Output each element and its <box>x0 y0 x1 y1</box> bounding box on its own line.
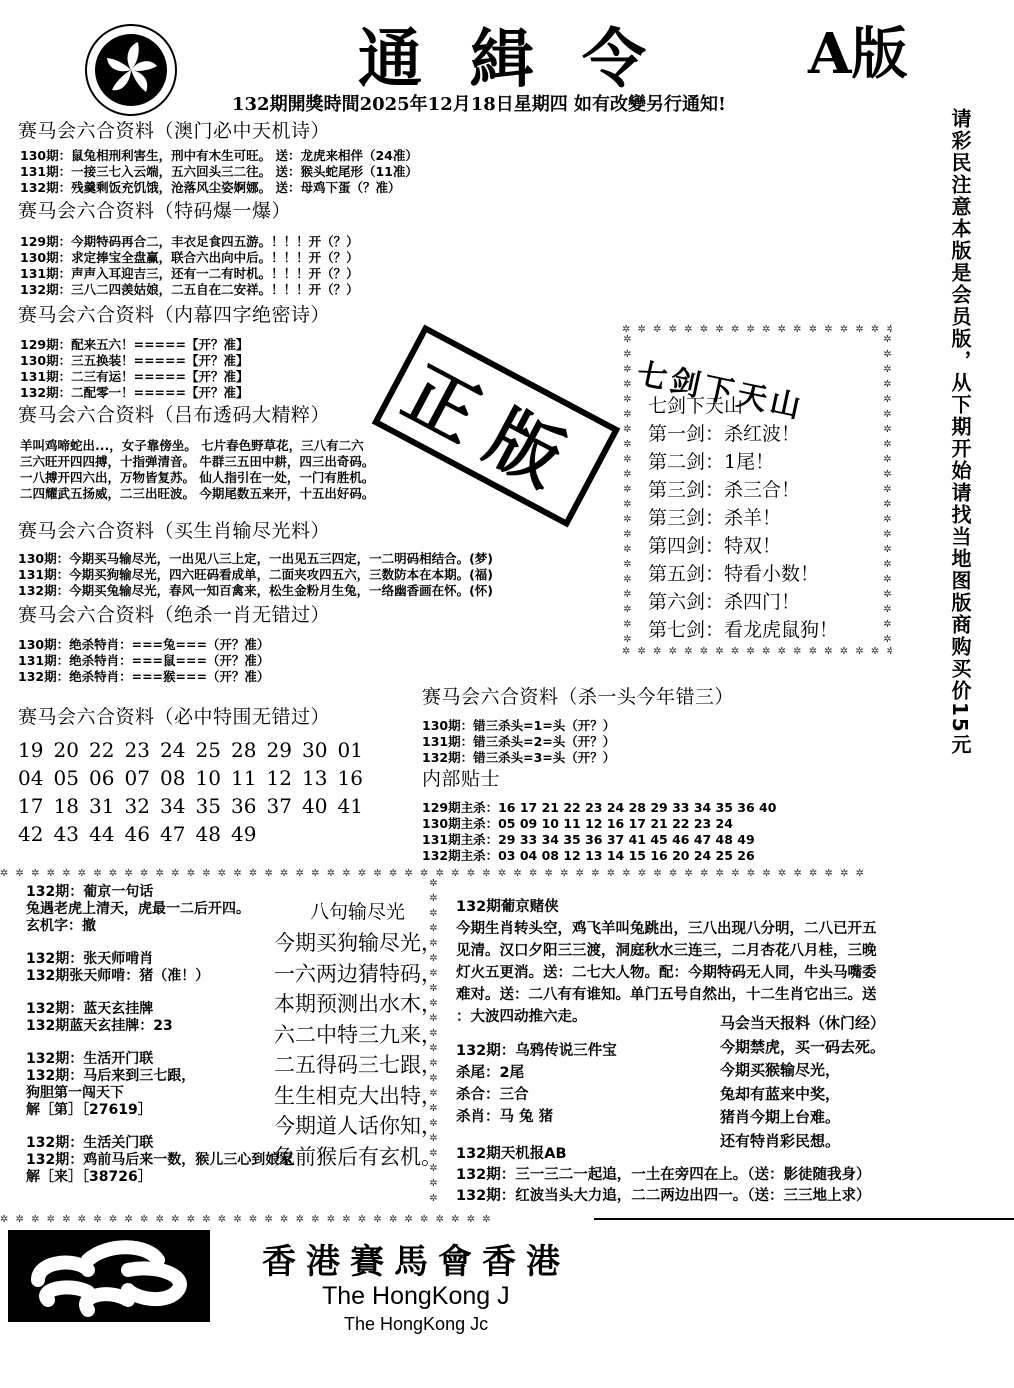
list-item: 第三剑：杀羊！ <box>648 504 838 532</box>
number: 29 <box>267 736 303 764</box>
list-item: 第四剑：特双！ <box>648 532 838 560</box>
number: 20 <box>54 736 90 764</box>
list-item: 132期张天师啃：猪（准！） <box>26 968 293 985</box>
kill-head-lines: 130期：错三杀头=1=头（开？） 131期：错三杀头=2=头（开？） 132期… <box>422 718 615 766</box>
kill-one-lines: 130期：绝杀特肖：===兔===（开？准） 131期：绝杀特肖：===鼠===… <box>18 637 269 685</box>
list-item: 杀合：三合 <box>456 1084 617 1106</box>
list-item: 三六旺开四四搏，十指弹清音。 牛群三五田中耕，四三出奇码。 <box>20 454 455 470</box>
list-item: 第三剑：杀三合！ <box>648 476 838 504</box>
list-item: 狗胆第一闯天下 <box>26 1085 293 1102</box>
hkjc-english-name-small: The HongKong Jc <box>344 1314 580 1335</box>
eight-lines-title: 八句输尽光 <box>310 897 405 928</box>
list-item: 130期：绝杀特肖：===兔===（开？准） <box>18 637 269 653</box>
list-item: 生生相克大出特， <box>274 1081 442 1112</box>
list-item: 132期：乌鸦传说三件宝 <box>456 1040 617 1062</box>
list-item: 132期蓝天玄挂牌：23 <box>26 1018 293 1035</box>
number: 01 <box>338 736 374 764</box>
section-title-lubu: 赛马会六合资料（吕布透码大精粹） <box>18 400 330 427</box>
number: 30 <box>302 736 338 764</box>
list-item: 132期：残羹剩饭充饥饿，沧落风尘姿婀娜。 送：母鸡下蛋（？准） <box>20 180 418 196</box>
list-item: 131期：今期买狗输尽光，四六旺码看成单，二面夹攻四五六，三数防本在本期。(福) <box>18 567 493 583</box>
section-title-four-char: 赛马会六合资料（内幕四字绝密诗） <box>18 300 330 327</box>
footer-rule <box>594 1218 1014 1220</box>
list-item: 第五剑：特看小数！ <box>648 560 838 588</box>
star-border-top: ✲ ✲ ✲ ✲ ✲ ✲ ✲ ✲ ✲ ✲ ✲ ✲ ✲ ✲ ✲ ✲ ✲ ✲ ✲ ✲ … <box>622 324 892 335</box>
list-item: 130期：错三杀头=1=头（开？） <box>422 718 615 734</box>
block-close-door: 132期：生活关门联 132期：鸡前马后来一数，猴儿三心到娘家 解［来］［387… <box>26 1135 293 1186</box>
macau-poem-lines: 130期：鼠兔相刑利害生，刑中有木生可旺。 送：龙虎来相伴（24准） 131期：… <box>20 148 418 196</box>
special-burst-lines: 129期：今期特码再合二，丰衣足食四五游。！！！开（？） 130期：求定捧宝全盘… <box>20 234 359 298</box>
section-title-macau-poem: 赛马会六合资料（澳门必中天机诗） <box>18 116 330 143</box>
list-item: 解［第］［27619］ <box>26 1102 293 1119</box>
list-item: 131期：声声入耳迎吉三，还有一二有时机。！！！开（？） <box>20 266 359 282</box>
list-item: 二四耀武五扬威，二三出旺波。 今期尾数五来开，十五出好码。 <box>20 486 455 502</box>
list-item: 今期买狗输尽光， <box>274 928 442 959</box>
list-item: 132期：三八二四羡姑娘，二五自在二安祥。！！！开（？） <box>20 282 359 298</box>
list-item: 一六两边猜特码， <box>274 959 442 990</box>
buy-zodiac-lines: 130期：今期买马输尽光，一出见八三上定，一出见五三四定，一二明码相结合。(梦)… <box>18 551 493 599</box>
seven-swords-list: 七剑下天山 第一剑：杀红波！ 第二剑：1尾！ 第三剑：杀三合！ 第三剑：杀羊！ … <box>648 392 838 644</box>
number: 17 <box>18 792 54 820</box>
list-item: 130期：今期买马输尽光，一出见八三上定，一出见五三四定，一二明码相结合。(梦) <box>18 551 493 567</box>
hkjc-english-name-large: The HongKong J <box>322 1282 580 1311</box>
number: 10 <box>196 764 232 792</box>
number: 22 <box>89 736 125 764</box>
section-title-kill-one: 赛马会六合资料（绝杀一肖无错过） <box>18 600 330 627</box>
four-char-lines: 129期：配来五六！=====【开？准】 130期：三五换装！=====【开？准… <box>20 337 248 401</box>
star-border-right: ✲✲✲✲✲✲✲✲✲✲✲✲✲✲✲✲✲✲✲✲✲✲✲✲✲✲✲✲✲✲✲✲✲ <box>882 334 893 644</box>
hkjc-chinese-name: 香港賽馬會香港 <box>262 1234 580 1283</box>
list-item: 132期：生活开门联 <box>26 1051 293 1068</box>
list-item: 132期：马后来到三七跟， <box>26 1068 293 1085</box>
list-item: 第二剑：1尾！ <box>648 448 838 476</box>
list-item: 灯火五更消。送：二七大人物。配：今期特码无人同，牛头马嘴委 <box>456 962 877 984</box>
gambler-block: 132期葡京赌侠 今期生肖转头空，鸡飞羊叫兔跳出，三八出现八分明，二八已开五 见… <box>456 896 877 1028</box>
number: 44 <box>89 820 125 848</box>
list-item: 130期：求定捧宝全盘赢，联合六出向中后。！！！开（？） <box>20 250 359 266</box>
number: 28 <box>231 736 267 764</box>
number: 47 <box>160 820 196 848</box>
list-item: 玄机字：撤 <box>26 918 293 935</box>
list-item: 六二中特三九来， <box>274 1020 442 1051</box>
list-item: 今期道人话你知， <box>274 1111 442 1142</box>
list-item: 第七剑：看龙虎鼠狗！ <box>648 616 838 644</box>
gambler-title: 132期葡京赌侠 <box>456 896 877 918</box>
number: 16 <box>338 764 374 792</box>
list-item: 二五得码三七跟， <box>274 1050 442 1081</box>
list-item: 130期：三五换装！=====【开？准】 <box>20 353 248 369</box>
draw-dateline: 132期開獎時間2025年12月18日星期四 如有改變另行通知! <box>232 90 726 116</box>
hk-emblem <box>80 22 182 118</box>
list-item: 132期：张天师啃肖 <box>26 951 293 968</box>
list-item: 132期：葡京一句话 <box>26 884 293 901</box>
list-item: 第六剑：杀四门！ <box>648 588 838 616</box>
list-item: 132期：蓝天玄挂牌 <box>26 1001 293 1018</box>
list-item: 132期主杀：03 04 08 12 13 14 15 16 20 24 25 … <box>422 848 776 864</box>
number: 35 <box>196 792 232 820</box>
hkjc-logo <box>8 1230 210 1322</box>
list-item: 132期：绝杀特肖：===猴===（开？准） <box>18 669 269 685</box>
star-divider-bottom: ✲ ✲ ✲ ✲ ✲ ✲ ✲ ✲ ✲ ✲ ✲ ✲ ✲ ✲ ✲ ✲ ✲ ✲ ✲ ✲ … <box>0 1214 490 1225</box>
list-item: 兔却有蓝来中奖， <box>720 1083 885 1107</box>
number: 07 <box>125 764 161 792</box>
star-border-left: ✲✲✲✲✲✲✲✲✲✲✲✲✲✲✲✲✲✲✲✲✲✲✲✲✲✲✲✲✲✲✲✲✲ <box>622 334 633 644</box>
list-item: 杀肖：马 兔 猪 <box>456 1106 617 1128</box>
list-item: 羊叫鸡啼蛇出...，女子靠傍坐。 七片春色野草花，三八有二六 <box>20 438 455 454</box>
tianji-title: 132期天机报AB <box>456 1144 871 1165</box>
list-item: 本期预测出水木， <box>274 989 442 1020</box>
list-item: 难对。送：二八有有谁知。单门五号自然出，十二生肖它出三。送 <box>456 984 877 1006</box>
number-row: 04050607081011121316 <box>18 764 373 792</box>
list-item: 第一剑：杀红波！ <box>648 420 838 448</box>
list-item: 131期主杀：29 33 34 35 36 37 41 45 46 47 48 … <box>422 832 776 848</box>
list-item: 131期：绝杀特肖：===鼠===（开？准） <box>18 653 269 669</box>
number-row: 19202223242528293001 <box>18 736 373 764</box>
list-item: 131期：二三有运！=====【开？准】 <box>20 369 248 385</box>
section-title-kill-head: 赛马会六合资料（杀一头今年错三） <box>422 682 734 709</box>
list-item: 一八搏开四六出，万物皆复苏。 仙人指引在一处，一门有胜机。 <box>20 470 455 486</box>
number: 31 <box>89 792 125 820</box>
tianji-block: 132期天机报AB 132期：三一三二一起追，一土在旁四在上。（送：影徒随我身）… <box>456 1144 871 1207</box>
list-item: 今期生肖转头空，鸡飞羊叫兔跳出，三八出现八分明，二八已开五 <box>456 918 877 940</box>
number: 46 <box>125 820 161 848</box>
list-item: 132期：红波当头大力追，二二两边出四一。（送：三三地上求） <box>456 1186 871 1207</box>
list-item: 132期：二配零一！=====【开？准】 <box>20 385 248 401</box>
list-item: 今期买猴输尽光， <box>720 1059 885 1083</box>
block-blue-sky: 132期：蓝天玄挂牌 132期蓝天玄挂牌：23 <box>26 1001 293 1035</box>
number: 34 <box>160 792 196 820</box>
list-item: 兔遇老虎上清天，虎最一二后开四。 <box>26 901 293 918</box>
horse-report-block: 马会当天报料（休门经） 今期禁虎，买一码去死。 今期买猴输尽光， 兔却有蓝来中奖… <box>720 1012 885 1153</box>
list-item: 兔前猴后有玄机。 <box>274 1142 442 1173</box>
list-item: 杀尾：2尾 <box>456 1062 617 1084</box>
list-item: 129期：配来五六！=====【开？准】 <box>20 337 248 353</box>
number: 24 <box>160 736 196 764</box>
list-item: 131期：一接三七入云端，五六回头三二往。 送：猴头蛇尾形（11准） <box>20 164 418 180</box>
number: 13 <box>302 764 338 792</box>
number: 41 <box>338 792 374 820</box>
number: 32 <box>125 792 161 820</box>
edition-label: A版 <box>808 10 907 90</box>
list-item: 七剑下天山 <box>648 392 838 420</box>
list-item: 131期：错三杀头=2=头（开？） <box>422 734 615 750</box>
number: 48 <box>196 820 232 848</box>
horse-report-title: 马会当天报料（休门经） <box>720 1012 885 1036</box>
must-hit-number-grid: 19202223242528293001 0405060708101112131… <box>18 736 373 848</box>
number: 12 <box>267 764 303 792</box>
member-notice: 请彩民注意本版是会员版，从下期开始请找当地图版商购买价15元 <box>948 108 972 858</box>
number: 43 <box>54 820 90 848</box>
number-row: 17183132343536374041 <box>18 792 373 820</box>
number: 49 <box>231 820 267 848</box>
list-item: 今期禁虎，买一码去死。 <box>720 1036 885 1060</box>
insider-tips-lines: 129期主杀：16 17 21 22 23 24 28 29 33 34 35 … <box>422 800 776 864</box>
number: 36 <box>231 792 267 820</box>
section-title-buy-zodiac: 赛马会六合资料（买生肖输尽光料） <box>18 516 330 543</box>
number: 25 <box>196 736 232 764</box>
insider-tips-title: 内部贴士 <box>422 764 500 791</box>
list-item: 解［来］［38726］ <box>26 1169 293 1186</box>
star-border-bottom: ✲ ✲ ✲ ✲ ✲ ✲ ✲ ✲ ✲ ✲ ✲ ✲ ✲ ✲ ✲ ✲ ✲ ✲ ✲ ✲ … <box>622 646 892 657</box>
crow-block: 132期：乌鸦传说三件宝 杀尾：2尾 杀合：三合 杀肖：马 兔 猪 <box>456 1040 617 1128</box>
number: 18 <box>54 792 90 820</box>
number-row: 42434446474849 <box>18 820 373 848</box>
list-item: 132期：鸡前马后来一数，猴儿三心到娘家 <box>26 1152 293 1169</box>
section-title-must-hit: 赛马会六合资料（必中特围无错过） <box>18 702 330 729</box>
number: 05 <box>54 764 90 792</box>
list-item: 129期主杀：16 17 21 22 23 24 28 29 33 34 35 … <box>422 800 776 816</box>
list-item: 见清。汉口夕阳三三渡，洞庭秋水三连三，二月杏花八月桂，三晚 <box>456 940 877 962</box>
block-pujing-saying: 132期：葡京一句话 兔遇老虎上清天，虎最一二后开四。 玄机字：撤 <box>26 884 293 935</box>
list-item: 猪肖今期上台难。 <box>720 1106 885 1130</box>
number: 06 <box>89 764 125 792</box>
list-item: 132期：生活关门联 <box>26 1135 293 1152</box>
number: 37 <box>267 792 303 820</box>
number: 08 <box>160 764 196 792</box>
eight-lines-poem: 今期买狗输尽光， 一六两边猜特码， 本期预测出水木， 六二中特三九来， 二五得码… <box>274 928 442 1172</box>
masthead-title: 通緝令 <box>358 8 694 100</box>
list-item: 130期主杀：05 09 10 11 12 16 17 21 22 23 24 <box>422 816 776 832</box>
number: 40 <box>302 792 338 820</box>
number: 42 <box>18 820 54 848</box>
number: 23 <box>125 736 161 764</box>
block-open-door: 132期：生活开门联 132期：马后来到三七跟， 狗胆第一闯天下 解［第］［27… <box>26 1051 293 1119</box>
lubu-lines: 羊叫鸡啼蛇出...，女子靠傍坐。 七片春色野草花，三八有二六 三六旺开四四搏，十… <box>20 438 455 502</box>
list-item: 130期：鼠兔相刑利害生，刑中有木生可旺。 送：龙虎来相伴（24准） <box>20 148 418 164</box>
list-item: 132期：三一三二一起追，一土在旁四在上。（送：影徒随我身） <box>456 1165 871 1186</box>
list-item: 132期：今期买兔输尽光，春风一知百禽来，松生金粉月生兔，一络幽香画在怀。(怀) <box>18 583 493 599</box>
number: 11 <box>231 764 267 792</box>
bottom-left-blocks: 132期：葡京一句话 兔遇老虎上清天，虎最一二后开四。 玄机字：撤 132期：张… <box>26 884 293 1186</box>
number: 04 <box>18 764 54 792</box>
section-title-special-burst: 赛马会六合资料（特码爆一爆） <box>18 196 291 223</box>
block-zhang-tianshi: 132期：张天师啃肖 132期张天师啃：猪（准！） <box>26 951 293 985</box>
number: 19 <box>18 736 54 764</box>
list-item: 129期：今期特码再合二，丰衣足食四五游。！！！开（？） <box>20 234 359 250</box>
star-divider-middle: ✲ ✲ ✲ ✲ ✲ ✲ ✲ ✲ ✲ ✲ ✲ ✲ ✲ ✲ ✲ ✲ ✲ ✲ ✲ ✲ … <box>0 868 1000 879</box>
